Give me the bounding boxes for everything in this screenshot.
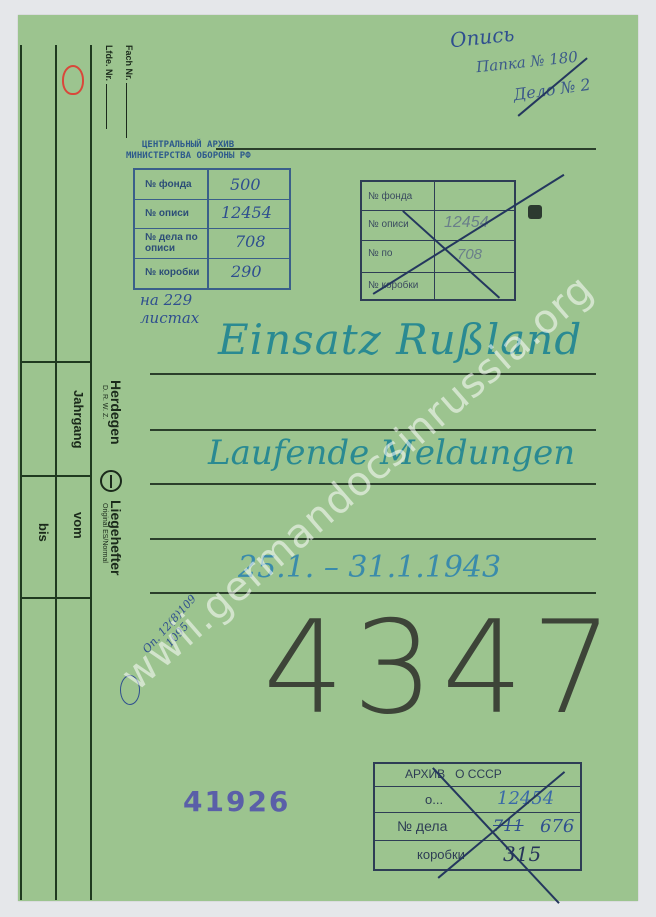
ruled-line <box>150 429 596 431</box>
vom-label: vom <box>71 512 86 539</box>
row-label: № фонда <box>145 179 192 190</box>
sheets-line1: на 229 <box>140 291 199 309</box>
ruled-line <box>150 373 596 375</box>
archive-stamp-header: ЦЕНТРАЛЬНЫЙ АРХИВ МИНИСТЕРСТВА ОБОРОНЫ Р… <box>126 140 251 162</box>
stamped-number: 41926 <box>183 785 290 818</box>
row-value: 12454 <box>221 203 272 222</box>
archive-stamp-main: № фонда № описи № дела по описи № коробк… <box>133 168 291 290</box>
row-label: № описи <box>368 219 409 230</box>
grid-line <box>90 45 92 900</box>
row-value: 290 <box>231 262 262 281</box>
ruled-line <box>150 538 596 540</box>
grid-line <box>20 45 22 900</box>
note-opis: Опись <box>449 22 515 53</box>
row-label: № фонда <box>368 191 412 202</box>
row-value: 676 <box>540 816 574 837</box>
note-papka-struck: Папка № 180 <box>475 48 578 77</box>
row-value: 12454 <box>497 788 554 809</box>
grid-line <box>20 361 92 363</box>
ink-blot <box>528 205 542 219</box>
row-label: о... <box>425 792 443 807</box>
row-value: 708 <box>457 246 482 263</box>
fach-nr-text: Fach Nr. <box>124 45 134 81</box>
archive-header-line1: ЦЕНТРАЛЬНЫЙ АРХИВ <box>126 140 251 151</box>
product-name: Liegehefter <box>108 500 124 575</box>
brand-name: Herdegen <box>108 380 124 445</box>
brand-sub: D. R. W. Z. <box>101 385 108 419</box>
ruled-line <box>216 148 596 150</box>
red-seal-stamp <box>62 65 84 95</box>
row-label: № дела <box>397 818 447 834</box>
folder-cover: Fach Nr. Lfde. Nr. Jahrgang vom bis Herd… <box>18 15 638 901</box>
lfde-nr-label: Lfde. Nr. <box>104 45 114 129</box>
grid-line <box>20 475 92 477</box>
brand-logo-icon <box>100 470 122 492</box>
product-sub: Original ES/Normal <box>101 503 108 563</box>
grid-line <box>55 45 57 900</box>
row-label: № описи <box>145 208 189 219</box>
note-delo: Дело № 2 <box>512 75 592 105</box>
ussr-stamp-header: АРХИВ О СССР <box>405 767 502 781</box>
pencil-number: 4347 <box>263 605 621 733</box>
row-value: 12454 <box>444 214 489 232</box>
lfde-nr-text: Lfde. Nr. <box>104 45 114 81</box>
bis-label: bis <box>36 523 51 542</box>
row-label: № по <box>368 248 392 259</box>
row-label: № дела по описи <box>145 232 205 254</box>
archive-header-line2: МИНИСТЕРСТВА ОБОРОНЫ РФ <box>126 151 251 162</box>
fach-nr-label: Fach Nr. <box>124 45 134 138</box>
row-value: 708 <box>235 232 266 251</box>
grid-line <box>20 597 92 599</box>
row-label: № коробки <box>145 267 199 278</box>
sheets-note: на 229 листах <box>140 291 199 327</box>
sheets-line2: листах <box>140 309 199 327</box>
jahrgang-label: Jahrgang <box>71 390 86 449</box>
row-value: 500 <box>230 175 261 194</box>
